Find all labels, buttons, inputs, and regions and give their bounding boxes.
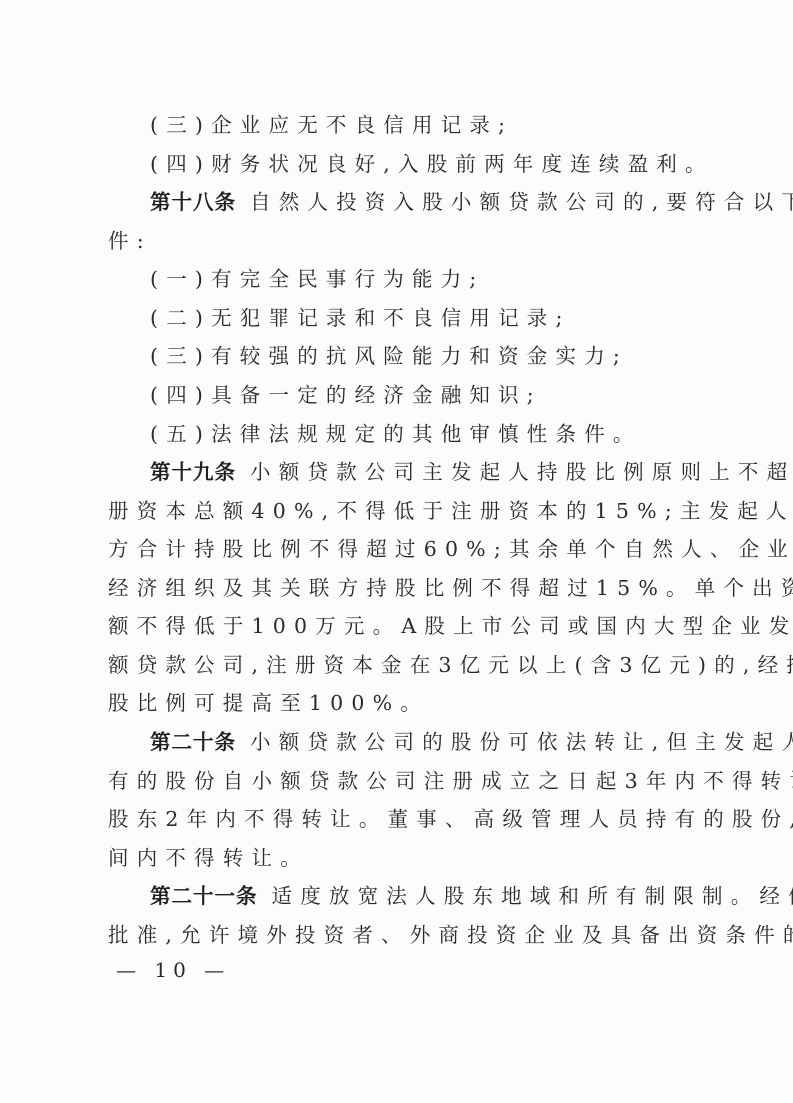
line-text: 件: bbox=[108, 229, 152, 253]
page-number: — 10 — bbox=[116, 958, 230, 982]
text-line: 额贷款公司,注册资本金在3亿元以上(含3亿元)的,经批准,持 bbox=[108, 646, 692, 685]
text-line: (三)有较强的抗风险能力和资金实力; bbox=[108, 337, 692, 376]
line-text: 股东2年内不得转让。董事、高级管理人员持有的股份,在任职期 bbox=[108, 807, 793, 831]
line-text: 批准,允许境外投资者、外商投资企业及具备出资条件的优秀区外 bbox=[108, 923, 793, 947]
article-number: 第二十条 bbox=[150, 730, 236, 754]
text-line: 间内不得转让。 bbox=[108, 839, 692, 878]
text-line: 批准,允许境外投资者、外商投资企业及具备出资条件的优秀区外 bbox=[108, 916, 692, 955]
text-line: 方合计持股比例不得超过60%;其余单个自然人、企业法人、其他 bbox=[108, 530, 692, 569]
document-page: (三)企业应无不良信用记录; (四)财务状况良好,入股前两年度连续盈利。 第十八… bbox=[0, 0, 793, 1103]
line-text: 册资本总额40%,不得低于注册资本的15%;主发起人及其关联 bbox=[108, 499, 793, 523]
text-line: (四)财务状况良好,入股前两年度连续盈利。 bbox=[108, 145, 692, 184]
line-text: (二)无犯罪记录和不良信用记录; bbox=[150, 306, 571, 330]
text-line: 有的股份自小额贷款公司注册成立之日起3年内不得转让,其他 bbox=[108, 762, 692, 801]
text-line: 经济组织及其关联方持股比例不得超过15%。单个出资人出资 bbox=[108, 569, 692, 608]
line-text: 额不得低于100万元。A股上市公司或国内大型企业发起设立小 bbox=[108, 614, 793, 638]
line-text: 有的股份自小额贷款公司注册成立之日起3年内不得转让,其他 bbox=[108, 769, 793, 793]
article-21-line: 第二十一条适度放宽法人股东地域和所有制限制。经依法 bbox=[108, 877, 692, 916]
text-line: 股东2年内不得转让。董事、高级管理人员持有的股份,在任职期 bbox=[108, 800, 692, 839]
text-line: 股比例可提高至100%。 bbox=[108, 684, 692, 723]
article-number: 第二十一条 bbox=[150, 884, 258, 908]
text-line: (二)无犯罪记录和不良信用记录; bbox=[108, 299, 692, 338]
text-line: 件: bbox=[108, 222, 692, 261]
line-text: 自然人投资入股小额贷款公司的,要符合以下条 bbox=[250, 190, 793, 214]
body-text: (三)企业应无不良信用记录; (四)财务状况良好,入股前两年度连续盈利。 第十八… bbox=[108, 106, 692, 954]
line-text: (五)法律法规规定的其他审慎性条件。 bbox=[150, 422, 642, 446]
article-number: 第十九条 bbox=[150, 460, 236, 484]
article-18-line: 第十八条自然人投资入股小额贷款公司的,要符合以下条 bbox=[108, 183, 692, 222]
line-text: (一)有完全民事行为能力; bbox=[150, 267, 485, 291]
line-text: 股比例可提高至100%。 bbox=[108, 691, 429, 715]
text-line: 册资本总额40%,不得低于注册资本的15%;主发起人及其关联 bbox=[108, 492, 692, 531]
line-text: 经济组织及其关联方持股比例不得超过15%。单个出资人出资 bbox=[108, 576, 793, 600]
line-text: 小额贷款公司主发起人持股比例原则上不超过注 bbox=[250, 460, 793, 484]
article-20-line: 第二十条小额贷款公司的股份可依法转让,但主发起人持 bbox=[108, 723, 692, 762]
text-line: (五)法律法规规定的其他审慎性条件。 bbox=[108, 415, 692, 454]
line-text: (三)有较强的抗风险能力和资金实力; bbox=[150, 344, 628, 368]
text-line: (一)有完全民事行为能力; bbox=[108, 260, 692, 299]
line-text: 小额贷款公司的股份可依法转让,但主发起人持 bbox=[250, 730, 793, 754]
article-number: 第十八条 bbox=[150, 190, 236, 214]
line-text: 间内不得转让。 bbox=[108, 846, 309, 870]
line-text: (四)具备一定的经济金融知识; bbox=[150, 383, 542, 407]
article-19-line: 第十九条小额贷款公司主发起人持股比例原则上不超过注 bbox=[108, 453, 692, 492]
line-text: 额贷款公司,注册资本金在3亿元以上(含3亿元)的,经批准,持 bbox=[108, 653, 793, 677]
text-line: (三)企业应无不良信用记录; bbox=[108, 106, 692, 145]
text-line: (四)具备一定的经济金融知识; bbox=[108, 376, 692, 415]
line-text: (三)企业应无不良信用记录; bbox=[150, 113, 513, 137]
line-text: 方合计持股比例不得超过60%;其余单个自然人、企业法人、其他 bbox=[108, 537, 793, 561]
line-text: 适度放宽法人股东地域和所有制限制。经依法 bbox=[272, 884, 793, 908]
line-text: (四)财务状况良好,入股前两年度连续盈利。 bbox=[150, 152, 714, 176]
text-line: 额不得低于100万元。A股上市公司或国内大型企业发起设立小 bbox=[108, 607, 692, 646]
